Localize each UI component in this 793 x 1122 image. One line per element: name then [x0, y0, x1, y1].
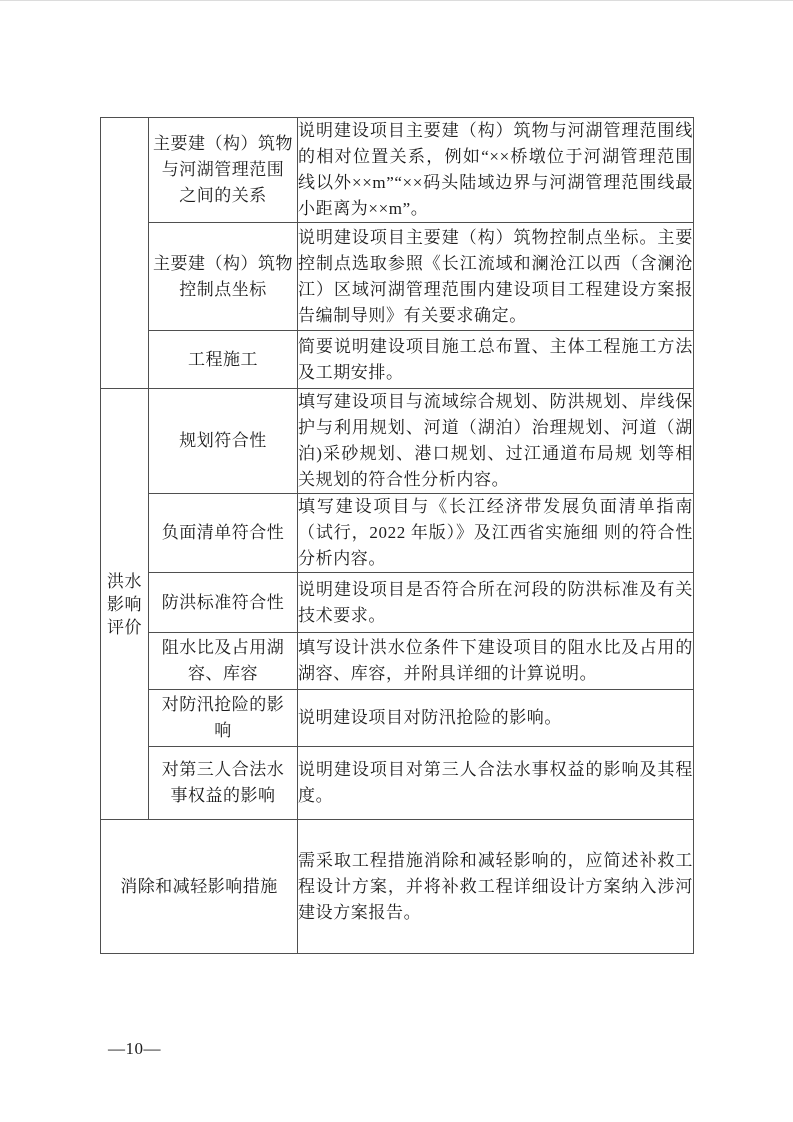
table-row: 主要建（构）筑物 控制点坐标 说明建设项目主要建（构）筑物控制点坐标。主要控制点…	[101, 223, 694, 331]
table-row: 消除和减轻影响措施 需采取工程措施消除和减轻影响的，应简述补救工程设计方案，并将…	[101, 820, 694, 954]
group-cell-flood-impact-evaluation: 洪水 影响 评价	[101, 389, 149, 820]
label-negative-list-compliance: 负面清单符合性	[149, 494, 298, 573]
desc-construction: 简要说明建设项目施工总布置、主体工程施工方法及工期安排。	[298, 331, 694, 389]
label-flood-standard-compliance: 防洪标准符合性	[149, 573, 298, 633]
group-cell-empty	[101, 118, 149, 389]
label-planning-compliance: 规划符合性	[149, 389, 298, 494]
label-third-party-rights-impact: 对第三人合法水 事权益的影响	[149, 747, 298, 820]
desc-control-point-coordinates: 说明建设项目主要建（构）筑物控制点坐标。主要控制点选取参照《长江流域和澜沧江以西…	[298, 223, 694, 331]
table-row: 对第三人合法水 事权益的影响 说明建设项目对第三人合法水事权益的影响及其程度。	[101, 747, 694, 820]
table-row: 主要建（构）筑物 与河湖管理范围 之间的关系 说明建设项目主要建（构）筑物与河湖…	[101, 118, 694, 223]
desc-third-party-rights-impact: 说明建设项目对第三人合法水事权益的影响及其程度。	[298, 747, 694, 820]
desc-main-structures-vs-range-relation: 说明建设项目主要建（构）筑物与河湖管理范围线的相对位置关系，例如“××桥墩位于河…	[298, 118, 694, 223]
desc-water-blocking-ratio: 填写设计洪水位条件下建设项目的阻水比及占用的湖容、库容，并附具详细的计算说明。	[298, 633, 694, 690]
table-row: 阻水比及占用湖 容、库容 填写设计洪水位条件下建设项目的阻水比及占用的湖容、库容…	[101, 633, 694, 690]
desc-mitigation-measures: 需采取工程措施消除和减轻影响的，应简述补救工程设计方案，并将补救工程详细设计方案…	[298, 820, 694, 954]
label-water-blocking-ratio: 阻水比及占用湖 容、库容	[149, 633, 298, 690]
table-row: 洪水 影响 评价 规划符合性 填写建设项目与流域综合规划、防洪规划、岸线保护与利…	[101, 389, 694, 494]
label-construction: 工程施工	[149, 331, 298, 389]
requirements-table: 主要建（构）筑物 与河湖管理范围 之间的关系 说明建设项目主要建（构）筑物与河湖…	[100, 117, 694, 954]
desc-planning-compliance: 填写建设项目与流域综合规划、防洪规划、岸线保护与利用规划、河道（湖泊）治理规划、…	[298, 389, 694, 494]
label-main-structures-vs-range-relation: 主要建（构）筑物 与河湖管理范围 之间的关系	[149, 118, 298, 223]
page-number: —10—	[108, 1039, 161, 1059]
table-row: 工程施工 简要说明建设项目施工总布置、主体工程施工方法及工期安排。	[101, 331, 694, 389]
table-row: 负面清单符合性 填写建设项目与《长江经济带发展负面清单指南（试行，2022 年版…	[101, 494, 694, 573]
label-mitigation-measures: 消除和减轻影响措施	[101, 820, 298, 954]
document-page: 主要建（构）筑物 与河湖管理范围 之间的关系 说明建设项目主要建（构）筑物与河湖…	[0, 0, 793, 1122]
table-row: 对防汛抢险的影 响 说明建设项目对防汛抢险的影响。	[101, 690, 694, 747]
label-control-point-coordinates: 主要建（构）筑物 控制点坐标	[149, 223, 298, 331]
desc-negative-list-compliance: 填写建设项目与《长江经济带发展负面清单指南（试行，2022 年版）》及江西省实施…	[298, 494, 694, 573]
label-flood-fighting-impact: 对防汛抢险的影 响	[149, 690, 298, 747]
desc-flood-fighting-impact: 说明建设项目对防汛抢险的影响。	[298, 690, 694, 747]
table-row: 防洪标准符合性 说明建设项目是否符合所在河段的防洪标准及有关技术要求。	[101, 573, 694, 633]
desc-flood-standard-compliance: 说明建设项目是否符合所在河段的防洪标准及有关技术要求。	[298, 573, 694, 633]
